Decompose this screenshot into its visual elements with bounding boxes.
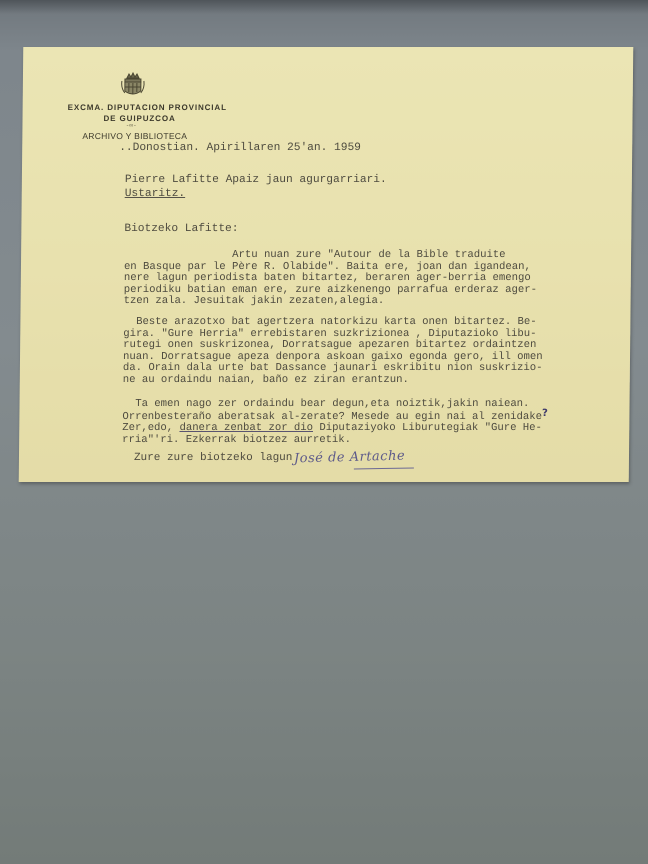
coat-of-arms-icon [121, 72, 145, 98]
letterhead-ornament: -∞- [126, 123, 136, 129]
signature-flourish [354, 467, 414, 469]
letterhead-department: ARCHIVO Y BIBLIOTECA [82, 131, 187, 141]
paragraph-line-text: Diputaziyoko Liburutegiak "Gure He- [313, 422, 542, 434]
handwritten-question-mark: ? [542, 408, 548, 419]
recipient-place: Ustaritz. [125, 189, 186, 201]
paragraph-3: Ta emen nago zer ordaindu bear degun,eta… [122, 399, 548, 446]
paragraph-line: tzen zala. Jesuitak jakin zezaten,alegia… [124, 296, 537, 308]
paragraph-line: Beste arazotxo bat agertzera natorkizu k… [123, 317, 543, 329]
paragraph-line: Artu nuan zure "Autour de la Bible tradu… [124, 250, 537, 262]
paragraph-line: rria"'ri. Ezkerrak biotzez aurretik. [122, 435, 548, 447]
date-line: ..Donostian. Apirillaren 25'an. 1959 [119, 143, 361, 155]
paragraph-line: ne au ordaindu naian, baño ez ziran eran… [123, 375, 543, 387]
paragraph-1: Artu nuan zure "Autour de la Bible tradu… [124, 250, 538, 308]
handwritten-signature: José de Artache [294, 449, 405, 467]
paragraph-2: Beste arazotxo bat agertzera natorkizu k… [123, 317, 543, 387]
paragraph-line-text: Zer,edo, [122, 422, 179, 434]
letter-sheet: EXCMA. DIPUTACION PROVINCIAL DE GUIPUZCO… [19, 47, 634, 482]
backdrop-top-shadow [0, 0, 648, 14]
letterhead-province: DE GUIPUZCOA [103, 114, 175, 123]
paragraph-line-text: Orrenbesteraño aberatsak al-zerate? Mese… [122, 411, 542, 423]
closing-line: Zure zure biotzeko lagun [134, 453, 293, 465]
paragraph-line: Ta emen nago zer ordaindu bear degun,eta… [122, 399, 548, 411]
letterhead-institution: EXCMA. DIPUTACION PROVINCIAL [68, 103, 227, 112]
pen-underlined-phrase: danera zenbat zor dio [179, 422, 313, 434]
recipient-name: Pierre Lafitte Apaiz jaun agurgarriari. [125, 175, 387, 187]
salutation: Biotzeko Lafitte: [124, 224, 238, 236]
